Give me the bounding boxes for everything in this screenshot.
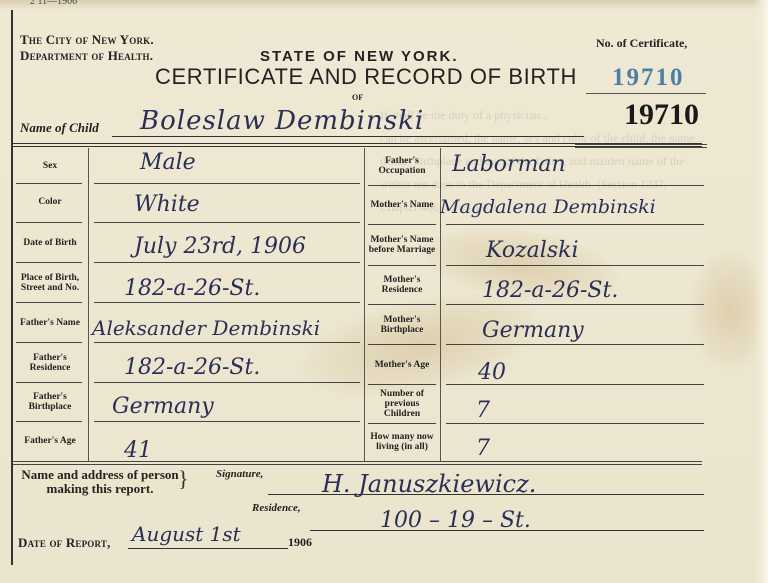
paper-edge	[754, 0, 768, 583]
field-label: Father's Residence	[14, 346, 86, 380]
field-value: Germany	[482, 318, 584, 343]
row-rule	[16, 342, 82, 343]
row-rule	[94, 183, 360, 184]
field-value: Magdalena Dembinski	[440, 196, 656, 218]
field-label: Place of Birth, Street and No.	[12, 266, 88, 300]
row-rule	[94, 342, 360, 343]
field-value: Male	[140, 150, 196, 175]
field-value: 182-a-26-St.	[124, 276, 260, 301]
field-value: Kozalski	[486, 238, 579, 263]
field-label: Mother's Name before Marriage	[366, 227, 438, 263]
row-rule	[16, 222, 82, 223]
field-label: Father's Age	[14, 425, 86, 457]
grid-bottom-rule	[12, 461, 702, 465]
field-value: White	[134, 192, 200, 217]
field-label: Mother's Birthplace	[366, 308, 438, 342]
certificate-number-stamp: 19710	[612, 64, 685, 92]
row-rule	[446, 185, 704, 186]
row-rule	[94, 421, 360, 422]
row-rule	[446, 344, 704, 345]
state-heading: STATE OF NEW YORK.	[260, 48, 459, 65]
field-value: 182-a-26-St.	[124, 355, 260, 380]
row-rule	[16, 183, 82, 184]
row-rule	[368, 304, 436, 305]
grid-top-rule	[12, 143, 702, 147]
certificate-number-label: No. of Certificate,	[596, 36, 687, 51]
field-label: Mother's Age	[366, 348, 438, 382]
child-name-line	[112, 136, 584, 137]
row-rule	[368, 384, 436, 385]
child-name-label: Name of Child	[20, 120, 99, 136]
field-label: Mother's Name	[366, 189, 438, 221]
row-rule	[94, 302, 360, 303]
field-label: Sex	[14, 150, 86, 182]
print-code: 2 11—1906	[30, 0, 77, 7]
center-column-rule	[364, 148, 365, 461]
row-rule	[368, 344, 436, 345]
row-rule	[368, 224, 436, 225]
row-rule	[16, 421, 82, 422]
field-label: How many now living (in all)	[366, 425, 438, 459]
field-label: Date of Birth	[14, 226, 86, 260]
row-rule	[16, 382, 82, 383]
certificate-rule	[586, 93, 706, 94]
certificate-paper: If shall be the duty of a physician...ca…	[0, 0, 768, 583]
field-value: 7	[476, 436, 490, 461]
reporter-label: Name and address of person making this r…	[20, 468, 180, 496]
row-rule	[368, 423, 436, 424]
residence-label: Residence,	[252, 502, 301, 514]
field-label: Father's Name	[14, 306, 86, 340]
field-label: Father's Occupation	[366, 150, 438, 182]
child-name-value: Boleslaw Dembinski	[140, 106, 424, 136]
field-label: Number of previous Children	[366, 386, 438, 422]
row-rule	[446, 304, 704, 305]
department-heading: Department of Health.	[20, 48, 153, 64]
row-rule	[368, 265, 436, 266]
brace-glyph: }	[178, 468, 189, 490]
field-value: July 23rd, 1906	[134, 234, 306, 259]
row-rule	[446, 265, 704, 266]
left-label-column-rule	[88, 148, 89, 461]
field-label: Color	[14, 186, 86, 218]
residence-value: 100 – 19 – St.	[380, 508, 531, 533]
signature-label: Signature,	[216, 468, 263, 480]
field-value: 41	[124, 438, 152, 463]
field-value: Laborman	[452, 152, 566, 177]
city-heading: The City of New York.	[20, 32, 154, 48]
document-title: CERTIFICATE AND RECORD OF BIRTH	[155, 64, 577, 90]
top-shadow	[0, 0, 768, 10]
date-of-report-label: Date of Report,	[18, 535, 111, 551]
row-rule	[94, 262, 360, 263]
certificate-number-typed: 19710	[624, 98, 699, 132]
field-value: 40	[478, 360, 506, 385]
field-value: 7	[476, 398, 490, 423]
date-of-report-value: August 1st	[132, 522, 241, 546]
row-rule	[446, 384, 704, 385]
title-of: OF	[352, 93, 363, 102]
row-rule	[16, 302, 82, 303]
field-label: Father's Birthplace	[14, 386, 86, 418]
row-rule	[446, 423, 704, 424]
row-rule	[16, 262, 82, 263]
field-label: Mother's Residence	[366, 268, 438, 302]
row-rule	[368, 185, 436, 186]
field-value: Germany	[112, 394, 214, 419]
field-value: Aleksander Dembinski	[92, 316, 320, 340]
row-rule	[446, 224, 704, 225]
signature-value: H. Januszkiewicz.	[322, 470, 536, 498]
row-rule	[94, 222, 360, 223]
right-label-column-rule	[440, 148, 441, 461]
date-of-report-year: 1906	[288, 535, 312, 550]
date-of-report-line	[128, 548, 288, 549]
field-value: 182-a-26-St.	[482, 278, 618, 303]
row-rule	[94, 382, 360, 383]
